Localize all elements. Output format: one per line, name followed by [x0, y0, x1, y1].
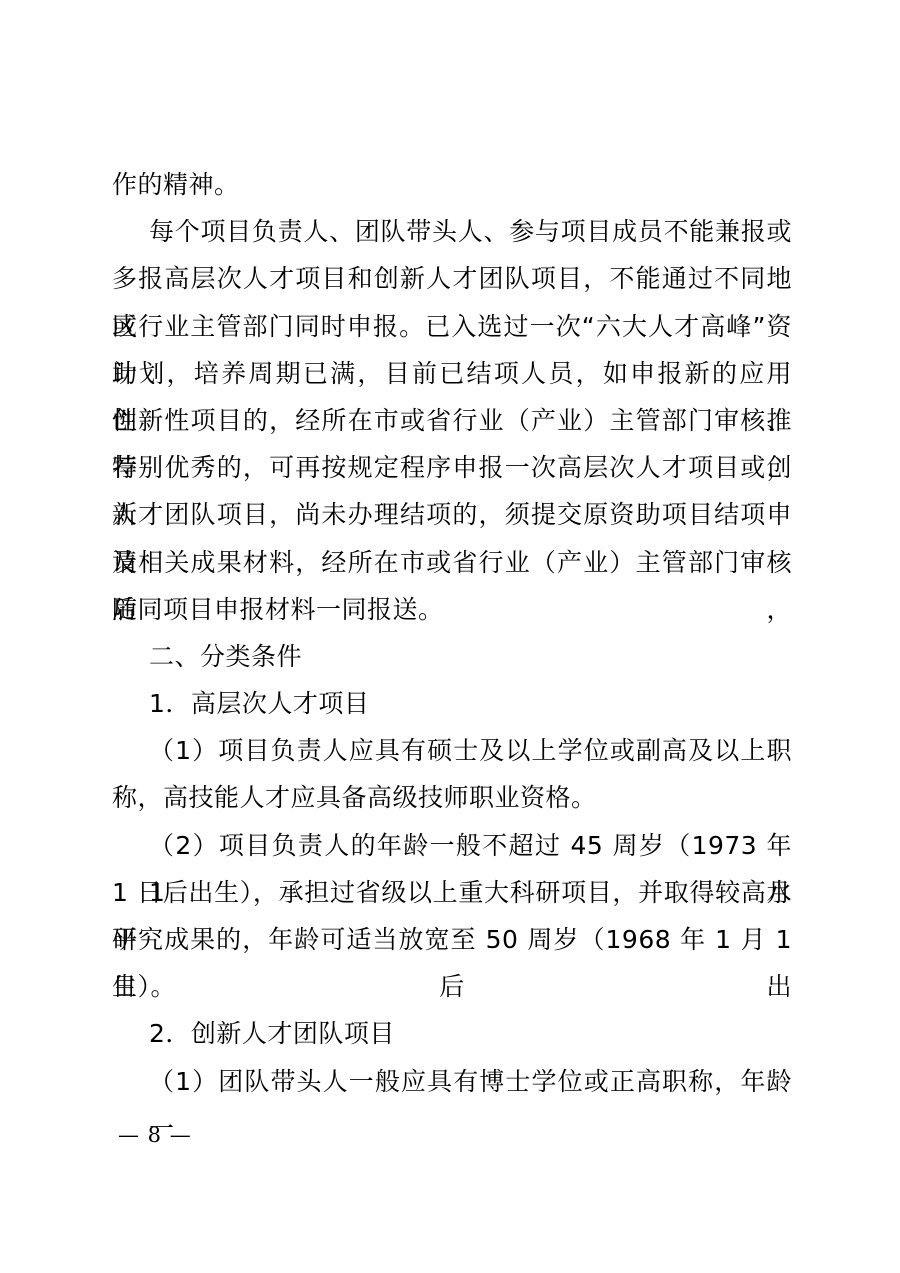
document-body: 作的精神。 每个项目负责人、团队带头人、参与项目成员不能兼报或 多报高层次人才项…	[112, 161, 792, 1105]
text-line: （2）项目负责人的年龄一般不超过 45 周岁（1973 年 1 月	[112, 822, 792, 869]
text-line: 及相关成果材料，经所在市或省行业（产业）主管部门审核后，	[112, 539, 792, 586]
text-line-paragraph-end: 称，高技能人才应具备高级技师职业资格。	[112, 774, 792, 821]
text-line: 多报高层次人才项目和创新人才团队项目，不能通过不同地区	[112, 255, 792, 302]
text-line-paragraph-tail: 作的精神。	[112, 161, 792, 208]
document-page: 作的精神。 每个项目负责人、团队带头人、参与项目成员不能兼报或 多报高层次人才项…	[0, 0, 900, 1273]
text-line: 每个项目负责人、团队带头人、参与项目成员不能兼报或	[112, 208, 792, 255]
subsection-heading: 2．创新人才团队项目	[112, 1010, 792, 1057]
page-number: — 8 —	[118, 1122, 192, 1148]
text-line: 或行业主管部门同时申报。已入选过一次“六大人才高峰”资助	[112, 303, 792, 350]
text-line: 特别优秀的，可再按规定程序申报一次高层次人才项目或创新	[112, 444, 792, 491]
section-heading: 二、分类条件	[112, 633, 792, 680]
text-line: 计划，培养周期已满，目前已结项人员，如申报新的应用性、	[112, 350, 792, 397]
subsection-heading: 1．高层次人才项目	[112, 680, 792, 727]
text-line: 研究成果的，年龄可适当放宽至 50 周岁（1968 年 1 月 1 日后出	[112, 916, 792, 963]
text-line: （1）项目负责人应具有硕士及以上学位或副高及以上职	[112, 727, 792, 774]
text-line: 创新性项目的，经所在市或省行业（产业）主管部门审核推荐，	[112, 397, 792, 444]
text-line: 人才团队项目，尚未办理结项的，须提交原资助项目结项申请	[112, 491, 792, 538]
text-line: 1 日后出生），承担过省级以上重大科研项目，并取得较高水平	[112, 869, 792, 916]
text-line: （1）团队带头人一般应具有博士学位或正高职称，年龄一	[112, 1058, 792, 1105]
